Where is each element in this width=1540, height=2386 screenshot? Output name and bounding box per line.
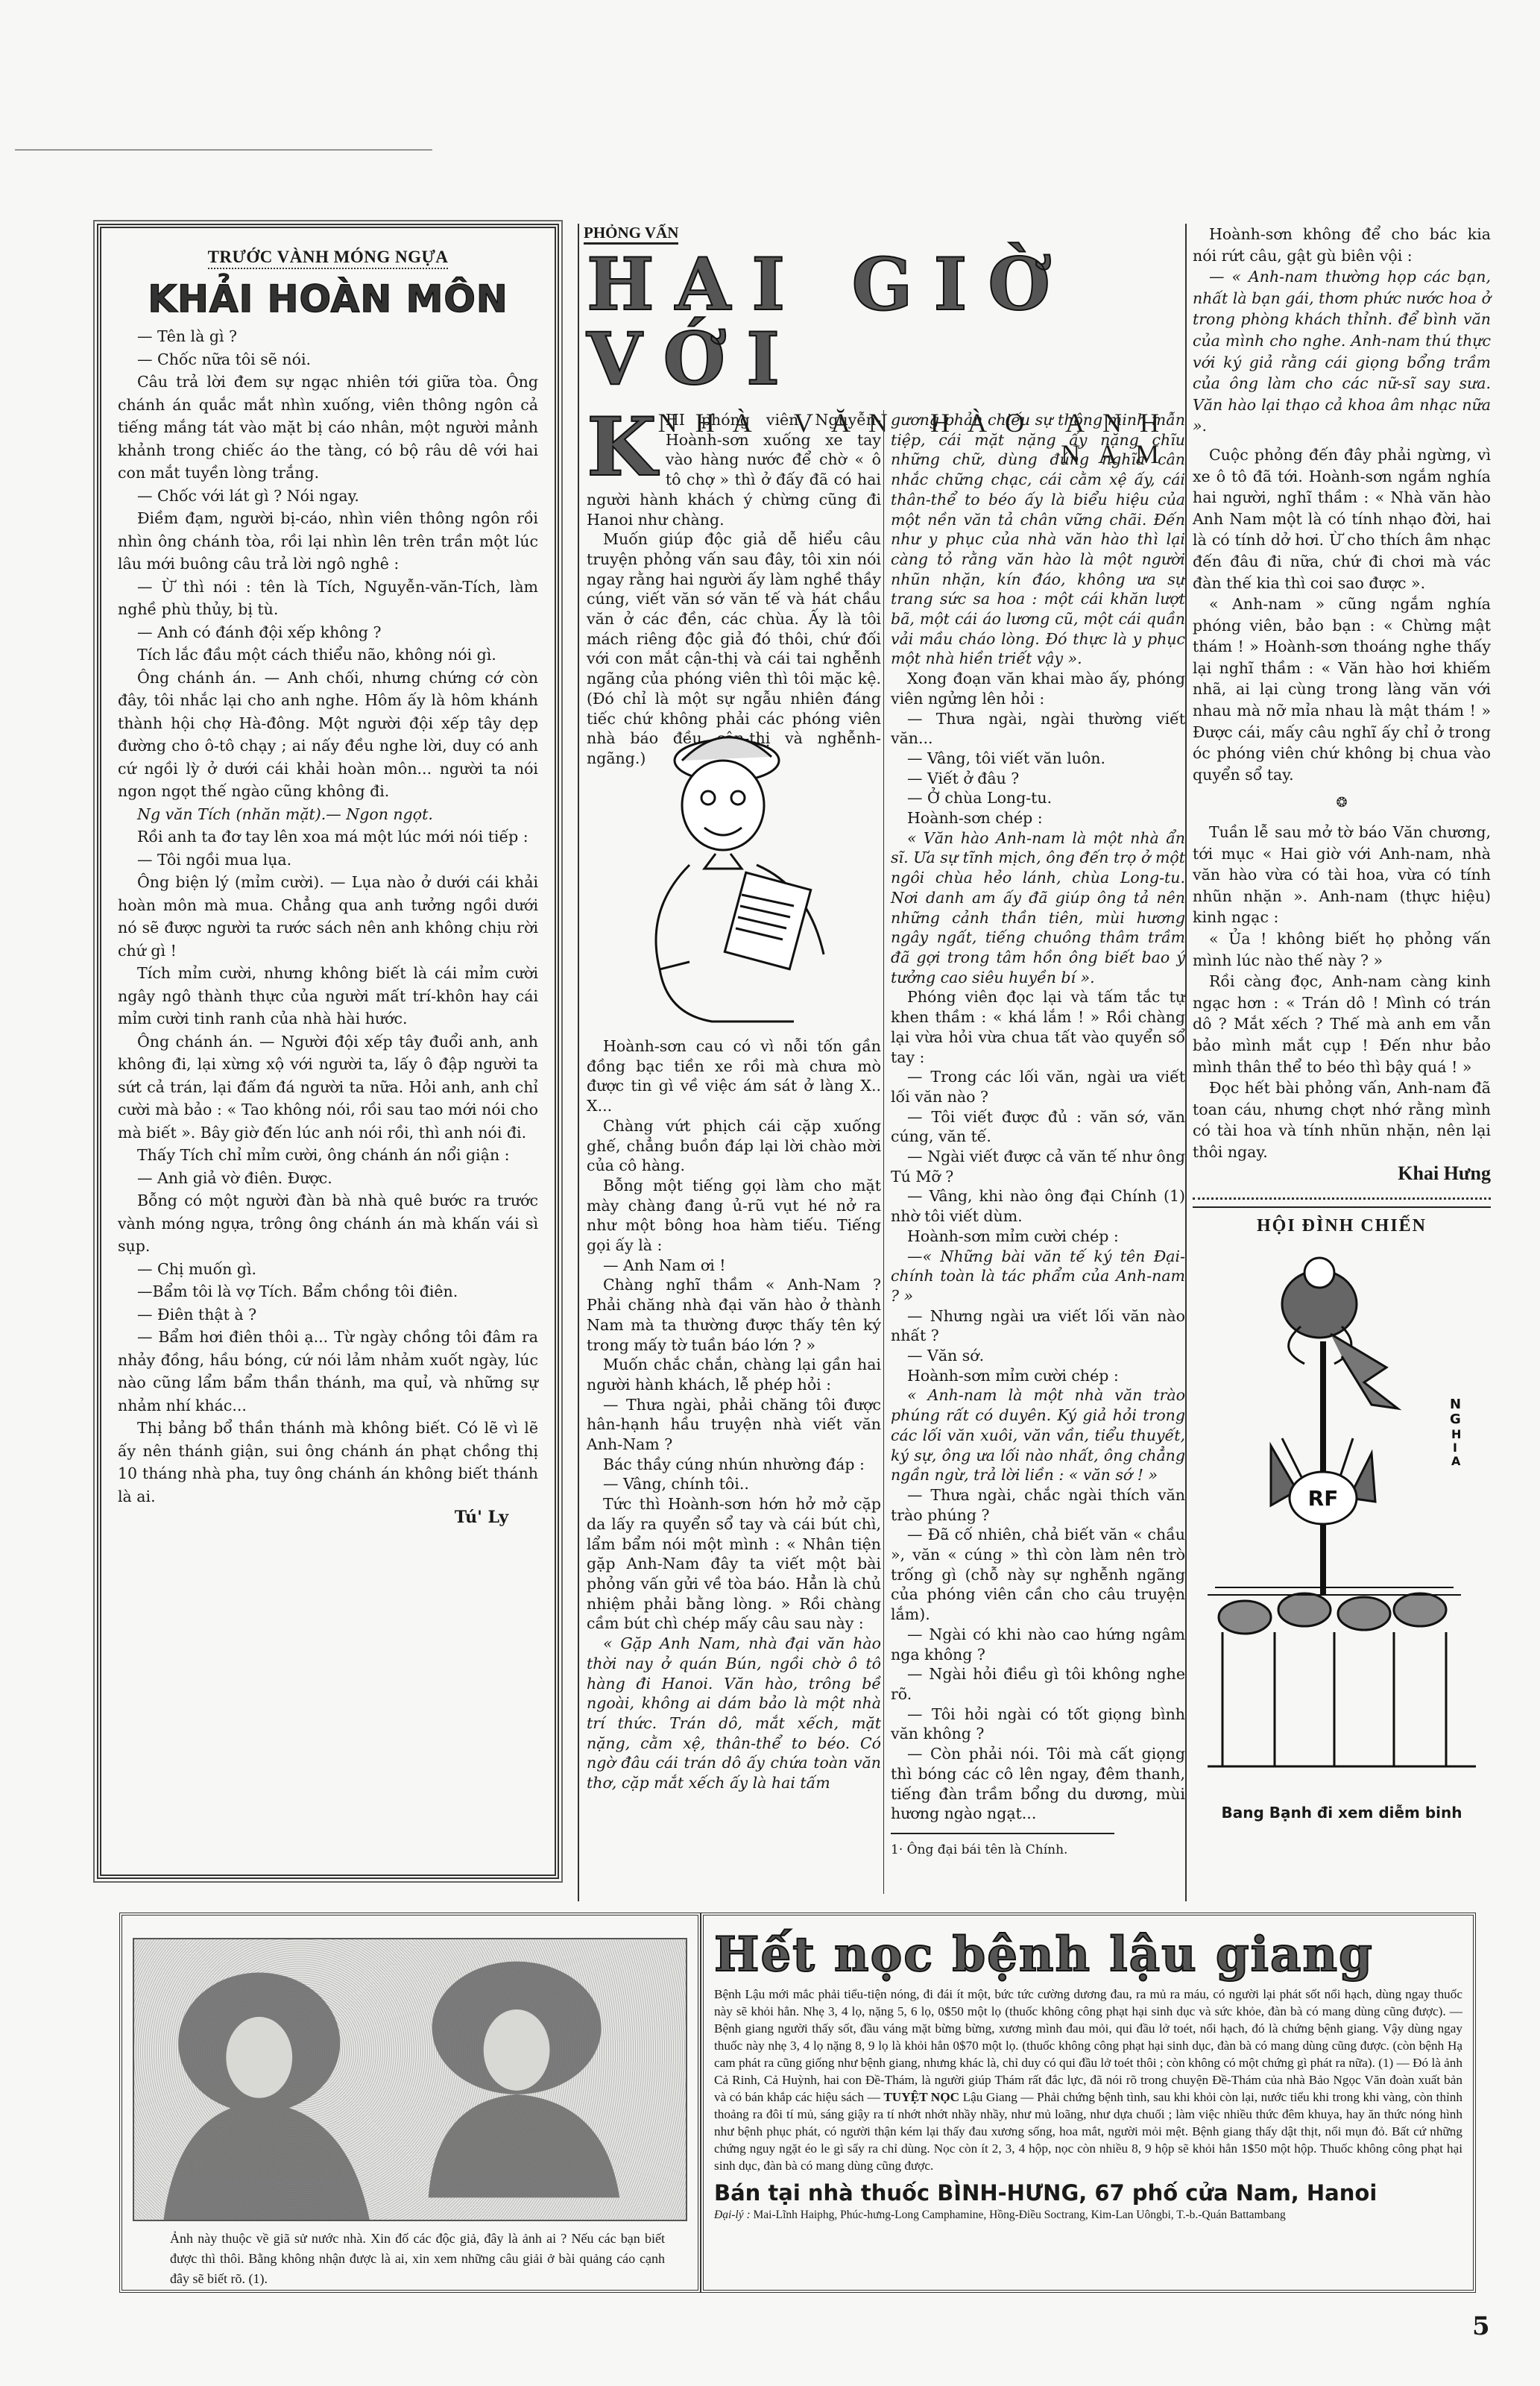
paragraph: Ông biện lý (mỉm cười). — Lụa nào ở dưới… — [118, 871, 538, 962]
article-column-1-cont: Hoành-sơn cau có vì nỗi tốn gần đồng bạc… — [587, 1036, 881, 1793]
article-hai-gio-voi: PHỎNG VẤN HAI GIỜ VỚI NHÀ VĂN HÀO ANH NA… — [578, 224, 1181, 1901]
paragraph: — Tên là gì ? — [118, 325, 538, 348]
paragraph: — Chốc với lát gì ? Nói ngay. — [118, 485, 538, 508]
paragraph: — Thưa ngài, ngài thường viết văn... — [891, 709, 1185, 749]
paragraph: — Thưa ngài, chắc ngài thích văn trào ph… — [891, 1485, 1185, 1525]
article-title: HAI GIỜ VỚI — [587, 248, 1181, 397]
ad-headline: Hết nọc bệnh lậu giang — [714, 1929, 1462, 1981]
paragraph: Xong đoạn văn khai mào ấy, phóng viên ng… — [891, 669, 1185, 708]
paragraph: — Chốc nữa tôi sẽ nói. — [118, 348, 538, 371]
paragraph: Điềm đạm, người bị-cáo, nhìn viên thông … — [118, 507, 538, 576]
paragraph: — Vâng, khi nào ông đại Chính (1) nhờ tô… — [891, 1186, 1185, 1226]
paragraph: Tích lắc đầu một cách thiểu não, không n… — [118, 643, 538, 667]
paragraph: — Ừ thì nói : tên là Tích, Nguyễn-văn-Tí… — [118, 576, 538, 621]
photo-caption: Ảnh này thuộc về giã sử nước nhà. Xin đố… — [133, 2221, 687, 2289]
medicine-advertisement: Hết nọc bệnh lậu giang Bệnh Lậu mới mắc … — [701, 1913, 1476, 2293]
paragraph: « Anh-nam là một nhà văn trào phúng rất … — [891, 1385, 1185, 1485]
paragraph: — Chị muốn gì. — [118, 1258, 538, 1281]
paragraph: Hoành-sơn chép : — [891, 808, 1185, 828]
svg-text:H: H — [1451, 1427, 1461, 1441]
paragraph: Bỗng một tiếng gọi làm cho mặt mày chàng… — [587, 1176, 881, 1256]
paragraph: Bác thầy cúng nhún nhường đáp : — [587, 1455, 881, 1475]
drop-cap: K — [587, 415, 657, 480]
reporter-illustration — [600, 716, 883, 1029]
column-rule — [1185, 224, 1187, 1901]
cartoon-title: HỘI ĐÌNH CHIẾN — [1193, 1215, 1491, 1237]
paragraph: — Bẩm hơi điên thôi ạ... Từ ngày chồng t… — [118, 1326, 538, 1417]
paragraph: — « Anh-nam thường họp các bạn, nhất là … — [1193, 266, 1491, 437]
paragraph: — Còn phải nói. Tôi mà cất giọng thì bón… — [891, 1744, 1185, 1824]
paragraph: —Bẩm tôi là vợ Tích. Bẩm chồng tôi điên. — [118, 1280, 538, 1303]
historical-photo-box: Ảnh này thuộc về giã sử nước nhà. Xin đố… — [119, 1913, 701, 2293]
section-kicker: TRƯỚC VÀNH MÓNG NGỰA — [118, 248, 538, 267]
paragraph: « Anh-nam » cũng ngắm nghía phóng viên, … — [1193, 594, 1491, 785]
reporter-drawing-icon — [600, 716, 883, 1029]
paragraph: — Ngài có khi nào cao hứng ngâm nga khôn… — [891, 1625, 1185, 1664]
article-column-1: K HI phóng viên Nguyễn-Hoành-sơn xuống x… — [587, 410, 881, 769]
author-signature: Tú' Ly — [118, 1508, 538, 1527]
paragraph: Rồi anh ta đơ tay lên xoa má một lúc mới… — [118, 825, 538, 849]
agents-label: Đại-lý : — [714, 2209, 751, 2221]
paragraph: Tuần lễ sau mở tờ báo Văn chương, tới mụ… — [1193, 822, 1491, 928]
paragraph: — Ngài hỏi điều gì tôi không nghe rõ. — [891, 1664, 1185, 1704]
photo-two-men — [133, 1938, 687, 2221]
paragraph: Hoành-sơn cau có vì nỗi tốn gần đồng bạc… — [587, 1036, 881, 1116]
svg-text:A: A — [1451, 1454, 1461, 1468]
paragraph: Hoành-sơn mỉm cười chép : — [891, 1366, 1185, 1386]
svg-text:I: I — [1453, 1441, 1457, 1455]
cartoon-caption: Bang Bạnh đi xem diễm binh — [1193, 1802, 1491, 1824]
paragraph: Câu trả lời đem sự ngạc nhiên tới giữa t… — [118, 371, 538, 485]
paragraph: Thấy Tích chỉ mỉm cười, ông chánh án nổi… — [118, 1144, 538, 1167]
paragraph: Muốn chắc chắn, chàng lại gần hai người … — [587, 1355, 881, 1394]
paragraph: Phóng viên đọc lại và tấm tắc tự khen th… — [891, 987, 1185, 1067]
paragraph: — Tôi hỏi ngài có tốt giọng bình văn khô… — [891, 1704, 1185, 1744]
paragraph: Thị bảng bổ thần thánh mà không biết. Có… — [118, 1417, 538, 1508]
portrait-photo-icon — [134, 1939, 686, 2220]
paragraph: « Văn hào Anh-nam là một nhà ẩn sĩ. Ưa s… — [891, 828, 1185, 988]
paragraph: — Anh giả vờ điên. Được. — [118, 1167, 538, 1190]
product-name: TUYỆT NỌC — [883, 2090, 959, 2104]
paragraph: — Ở chùa Long-tu. — [891, 788, 1185, 808]
paragraph: — Điên thật à ? — [118, 1303, 538, 1326]
ad-body: Bệnh Lậu mới mắc phải tiểu-tiện nóng, đi… — [714, 1986, 1462, 2174]
section-kicker: PHỎNG VẤN — [584, 224, 678, 245]
paragraph: — Anh có đánh đội xếp không ? — [118, 621, 538, 644]
paragraph: — Nhưng ngài ưa viết lối văn nào nhất ? — [891, 1306, 1185, 1346]
column-rule — [883, 410, 884, 1894]
paragraph: « Gặp Anh Nam, nhà đại văn hào thời nay … — [587, 1634, 881, 1793]
paragraph: — Tôi viết được đủ : văn sớ, văn cúng, v… — [891, 1107, 1185, 1147]
footnote: 1· Ông đại bái tên là Chính. — [891, 1833, 1114, 1860]
agents-names: Mai-Lĩnh Haiphg, Phúc-hưng-Long Camphami… — [754, 2209, 1286, 2221]
ad-body-text: Bệnh Lậu mới mắc phải tiểu-tiện nóng, đi… — [714, 1987, 1462, 2104]
paragraph: — Trong các lối văn, ngài ưa viết lối vă… — [891, 1067, 1185, 1107]
paragraph: Hoành-sơn mỉm cười chép : — [891, 1227, 1185, 1247]
paragraph: Ông chánh án. — Người đội xếp tây đuổi a… — [118, 1030, 538, 1145]
paragraph: Rồi càng đọc, Anh-nam càng kinh ngạc hơn… — [1193, 971, 1491, 1077]
rf-emblem: RF — [1308, 1486, 1339, 1511]
paragraph: Hoành-sơn không để cho bác kia nói rứt c… — [1193, 224, 1491, 266]
paragraph: Chàng vứt phịch cái cặp xuống ghế, chẳng… — [587, 1116, 881, 1176]
paragraph: gương phản chiếu sự thông minh mẫn tiệp,… — [891, 410, 1185, 669]
ornamental-divider — [1193, 1197, 1491, 1208]
paragraph: Cuộc phỏng đến đây phải ngừng, vì xe ô t… — [1193, 444, 1491, 594]
paragraph: Ng văn Tích (nhăn mặt).— Ngon ngọt. — [118, 803, 538, 826]
paragraph: — Viết ở đâu ? — [891, 769, 1185, 789]
page-top-rule — [15, 149, 432, 151]
paragraph: — Đã cố nhiên, chả biết văn « chầu », vă… — [891, 1525, 1185, 1625]
paragraph: Ông chánh án. — Anh chối, nhưng chứng cớ… — [118, 667, 538, 803]
page-number: 5 — [1472, 2311, 1490, 2341]
paragraph: —« Những bài văn tế ký tên Đại-chính toà… — [891, 1247, 1185, 1306]
article-khai-hoan-mon: TRƯỚC VÀNH MÓNG NGỰA KHẢI HOÀN MÔN — Tên… — [97, 224, 559, 1879]
paragraph: Chàng nghĩ thầm « Anh-Nam ? Phải chăng n… — [587, 1275, 881, 1355]
paragraph: Tức thì Hoành-sơn hớn hở mở cặp da lấy r… — [587, 1494, 881, 1634]
paragraph: — Tôi ngồi mua lụa. — [118, 849, 538, 872]
paragraph: Bỗng có một người đàn bà nhà quê bước ra… — [118, 1189, 538, 1258]
paragraph: — Văn sớ. — [891, 1346, 1185, 1366]
shop-address: Bán tại nhà thuốc BÌNH-HƯNG, 67 phố cửa … — [714, 2180, 1462, 2206]
svg-text:G: G — [1450, 1411, 1461, 1427]
parade-cartoon-icon: RF N G H I A — [1193, 1244, 1491, 1796]
cartoon-illustration: RF N G H I A — [1193, 1244, 1491, 1796]
paragraph: — Vâng, chính tôi.. — [587, 1474, 881, 1494]
section-separator-icon: ❂ — [1193, 793, 1491, 814]
paragraph: — Ngài viết được cả văn tế như ông Tú Mỡ… — [891, 1147, 1185, 1186]
paragraph: — Vâng, tôi viết văn luôn. — [891, 749, 1185, 769]
article-continuation-column: Hoành-sơn không để cho bác kia nói rứt c… — [1193, 224, 1491, 1823]
paragraph: Tích mỉm cười, nhưng không biết là cái m… — [118, 962, 538, 1030]
article-title: KHẢI HOÀN MÔN — [118, 277, 538, 321]
paragraph: — Anh Nam ơi ! — [587, 1256, 881, 1276]
paragraph: Đọc hết bài phỏng vấn, Anh-nam đã toan c… — [1193, 1077, 1491, 1162]
agents-list: Đại-lý : Mai-Lĩnh Haiphg, Phúc-hưng-Long… — [714, 2209, 1462, 2222]
paragraph: — Thưa ngài, phải chăng tôi được hân-hạn… — [587, 1395, 881, 1455]
article-column-2: gương phản chiếu sự thông minh mẫn tiệp,… — [891, 410, 1185, 1860]
paragraph: « Ủa ! không biết họ phỏng vấn mình lúc … — [1193, 928, 1491, 971]
article-body: — Tên là gì ? — Chốc nữa tôi sẽ nói. Câu… — [118, 325, 538, 1508]
author-signature: Khai Hưng — [1193, 1163, 1491, 1185]
svg-text:N: N — [1450, 1397, 1461, 1412]
